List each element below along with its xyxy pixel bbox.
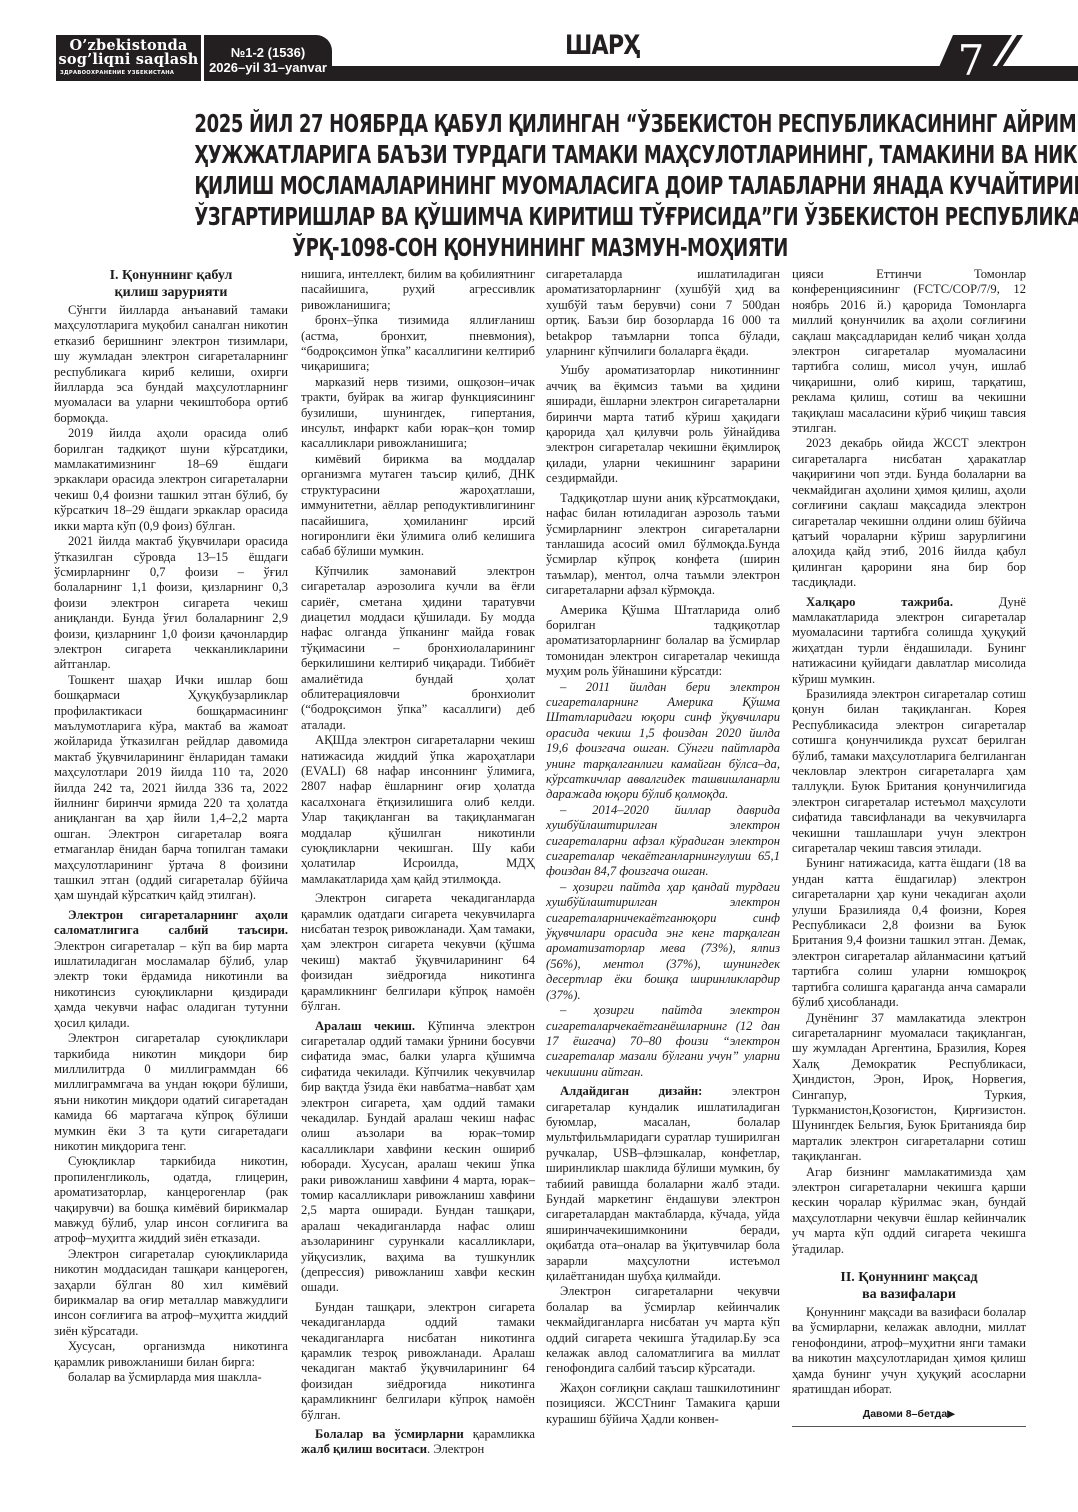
subheading-inline: Электрон сигареталарнинг аҳоли саломатли… xyxy=(54,908,288,937)
section-2-heading: II. Қонуннинг мақсад ва вазифалари xyxy=(792,1269,1026,1303)
list-item: – 2014–2020 йиллар даврида хушбўйлаштири… xyxy=(546,803,780,880)
paragraph: Электрон сигареталарни чекувчи болалар в… xyxy=(546,1284,780,1376)
paragraph: Америка Қўшма Штатларида олиб борилган т… xyxy=(546,603,780,680)
subheading-inline: Алдайдиган дизайн: xyxy=(560,1084,702,1098)
paragraph: Суюқликлар таркибида никотин, пропиленгл… xyxy=(54,1154,288,1246)
paragraph: Кўпчилик замонавий электрон сигареталар … xyxy=(301,564,535,733)
paragraph: кимёвий бирикма ва моддалар организмга м… xyxy=(301,452,535,560)
headline-line: 2025 ЙИЛ 27 НОЯБРДА ҚАБУЛ ҚИЛИНГАН “ЎЗБЕ… xyxy=(194,108,885,139)
paragraph: Хусусан, организмда никотинга қарамлик р… xyxy=(54,1339,288,1370)
subheading-inline: Халқаро тажриба. xyxy=(806,595,953,609)
masthead: O’zbekistonda sog’liqni saqlash ЗДРАВООХ… xyxy=(0,0,1078,90)
page-number: 7 xyxy=(958,36,985,85)
paragraph: бронх–ўпка тизимида яллиғланиш (астма, б… xyxy=(301,313,535,375)
headline-line: ҲУЖЖАТЛАРИГА БАЪЗИ ТУРДАГИ ТАМАКИ МАҲСУЛ… xyxy=(194,139,885,170)
paragraph: Жаҳон соғлиқни сақлаш ташкилотининг пози… xyxy=(546,1381,780,1427)
paragraph: Алдайдиган дизайн: электрон сигареталар … xyxy=(546,1084,780,1284)
arrow-right-icon: ▶ xyxy=(947,1408,955,1420)
issue-number: №1-2 (1536) xyxy=(204,46,332,60)
subheading-inline: Аралаш чекиш. xyxy=(315,1019,415,1033)
issue-date: 2026–yil 31–yanvar xyxy=(204,60,332,75)
section-1-heading: I. Қонуннинг қабул қилиш зарурияти xyxy=(54,267,288,301)
paragraph: Электрон сигареталар суюқликларида никот… xyxy=(54,1247,288,1339)
list-item: – ҳозирги пайтда электрон сигареталарчек… xyxy=(546,1003,780,1080)
headline-line: ҚИЛИШ МОСЛАМАЛАРИНИНГ МУОМАЛАСИГА ДОИР Т… xyxy=(194,170,885,201)
column-4: цияси Еттинчи Томонлар конференциясининг… xyxy=(792,267,1026,1427)
paragraph: Болалар ва ўсмирларни қарамликка жалб қи… xyxy=(301,1427,535,1458)
article-body: I. Қонуннинг қабул қилиш зарурияти Сўнгг… xyxy=(54,267,1036,1477)
page-number-badge: 7 xyxy=(905,30,1075,85)
list-item: – ҳозирги пайтда ҳар қандай турдаги хушб… xyxy=(546,880,780,1003)
paragraph: Қонуннинг мақсади ва вазифаси болалар ва… xyxy=(792,1305,1026,1397)
logo-title-line2: sog’liqni saqlash xyxy=(56,53,201,67)
paragraph: Бундан ташқари, электрон сигарета чекади… xyxy=(301,1300,535,1423)
headline-line: ЎРҚ-1098-СОН ҚОНУНИНИНГ МАЗМУН-МОҲИЯТИ xyxy=(194,232,885,263)
list-item: – 2011 йилдан бери электрон сигареталарн… xyxy=(546,680,780,803)
newspaper-logo: O’zbekistonda sog’liqni saqlash ЗДРАВООХ… xyxy=(56,35,201,81)
paragraph: Электрон сигареталар суюқликлари таркиби… xyxy=(54,1031,288,1154)
paragraph: АҚШда электрон сигареталарни чекиш натиж… xyxy=(301,733,535,887)
logo-subtitle: ЗДРАВООХРАНЕНИЕ УЗБЕКИСТАНА xyxy=(56,70,201,76)
column-3: сигареталарда ишлатиладиган ароматизатор… xyxy=(546,267,780,1427)
column-1: I. Қонуннинг қабул қилиш зарурияти Сўнгг… xyxy=(54,267,288,1385)
paragraph: Электрон сигареталарнинг аҳоли саломатли… xyxy=(54,908,288,1031)
paragraph: Тадқиқотлар шуни аниқ кўрсатмоқдаки, наф… xyxy=(546,491,780,599)
paragraph: Халқаро тажриба. Дунё мамлакатларида эле… xyxy=(792,595,1026,687)
column-2: нишига, интеллект, билим ва қобилиятнинг… xyxy=(301,267,535,1458)
section-title: ШАРҲ xyxy=(565,30,640,61)
paragraph: Электрон сигарета чекадиганларда қарамли… xyxy=(301,891,535,1014)
paragraph: Сўнгги йилларда анъанавий тамаки маҳсуло… xyxy=(54,303,288,426)
paragraph: марказий нерв тизими, ошқозон–ичак тракт… xyxy=(301,375,535,452)
paragraph: Тошкент шаҳар Ички ишлар бош бошқармаси … xyxy=(54,673,288,904)
paragraph: 2019 йилда аҳоли орасида олиб борилган т… xyxy=(54,426,288,534)
paragraph: Бразилияда электрон сигареталар сотиш қо… xyxy=(792,687,1026,856)
paragraph: Ушбу ароматизаторлар никотиннинг аччиқ в… xyxy=(546,363,780,486)
article-headline: 2025 ЙИЛ 27 НОЯБРДА ҚАБУЛ ҚИЛИНГАН “ЎЗБЕ… xyxy=(60,108,1020,263)
paragraph: Дунёнинг 37 мамлакатида электрон сигарет… xyxy=(792,1011,1026,1165)
paragraph: Аралаш чекиш. Кўпинча электрон сигаретал… xyxy=(301,1019,535,1296)
paragraph: 2021 йилда мактаб ўқувчилари орасида ўтк… xyxy=(54,534,288,673)
headline-line: ЎЗГАРТИРИШЛАР ВА ҚЎШИМЧА КИРИТИШ ТЎҒРИСИ… xyxy=(194,201,885,232)
paragraph: 2023 декабрь ойида ЖССТ электрон сигарет… xyxy=(792,436,1026,590)
paragraph: цияси Еттинчи Томонлар конференциясининг… xyxy=(792,267,1026,436)
issue-info: №1-2 (1536) 2026–yil 31–yanvar xyxy=(204,35,332,81)
continued-on-page-link[interactable]: Давоми 8–бетда▶ xyxy=(792,1407,1026,1426)
paragraph: Агар бизнинг мамлакатимизда ҳам электрон… xyxy=(792,1165,1026,1257)
paragraph: сигареталарда ишлатиладиган ароматизатор… xyxy=(546,267,780,359)
paragraph: болалар ва ўсмирларда мия шаклла- xyxy=(54,1370,288,1385)
paragraph: Бунинг натижасида, катта ёшдаги (18 ва у… xyxy=(792,856,1026,1010)
paragraph: нишига, интеллект, билим ва қобилиятнинг… xyxy=(301,267,535,313)
